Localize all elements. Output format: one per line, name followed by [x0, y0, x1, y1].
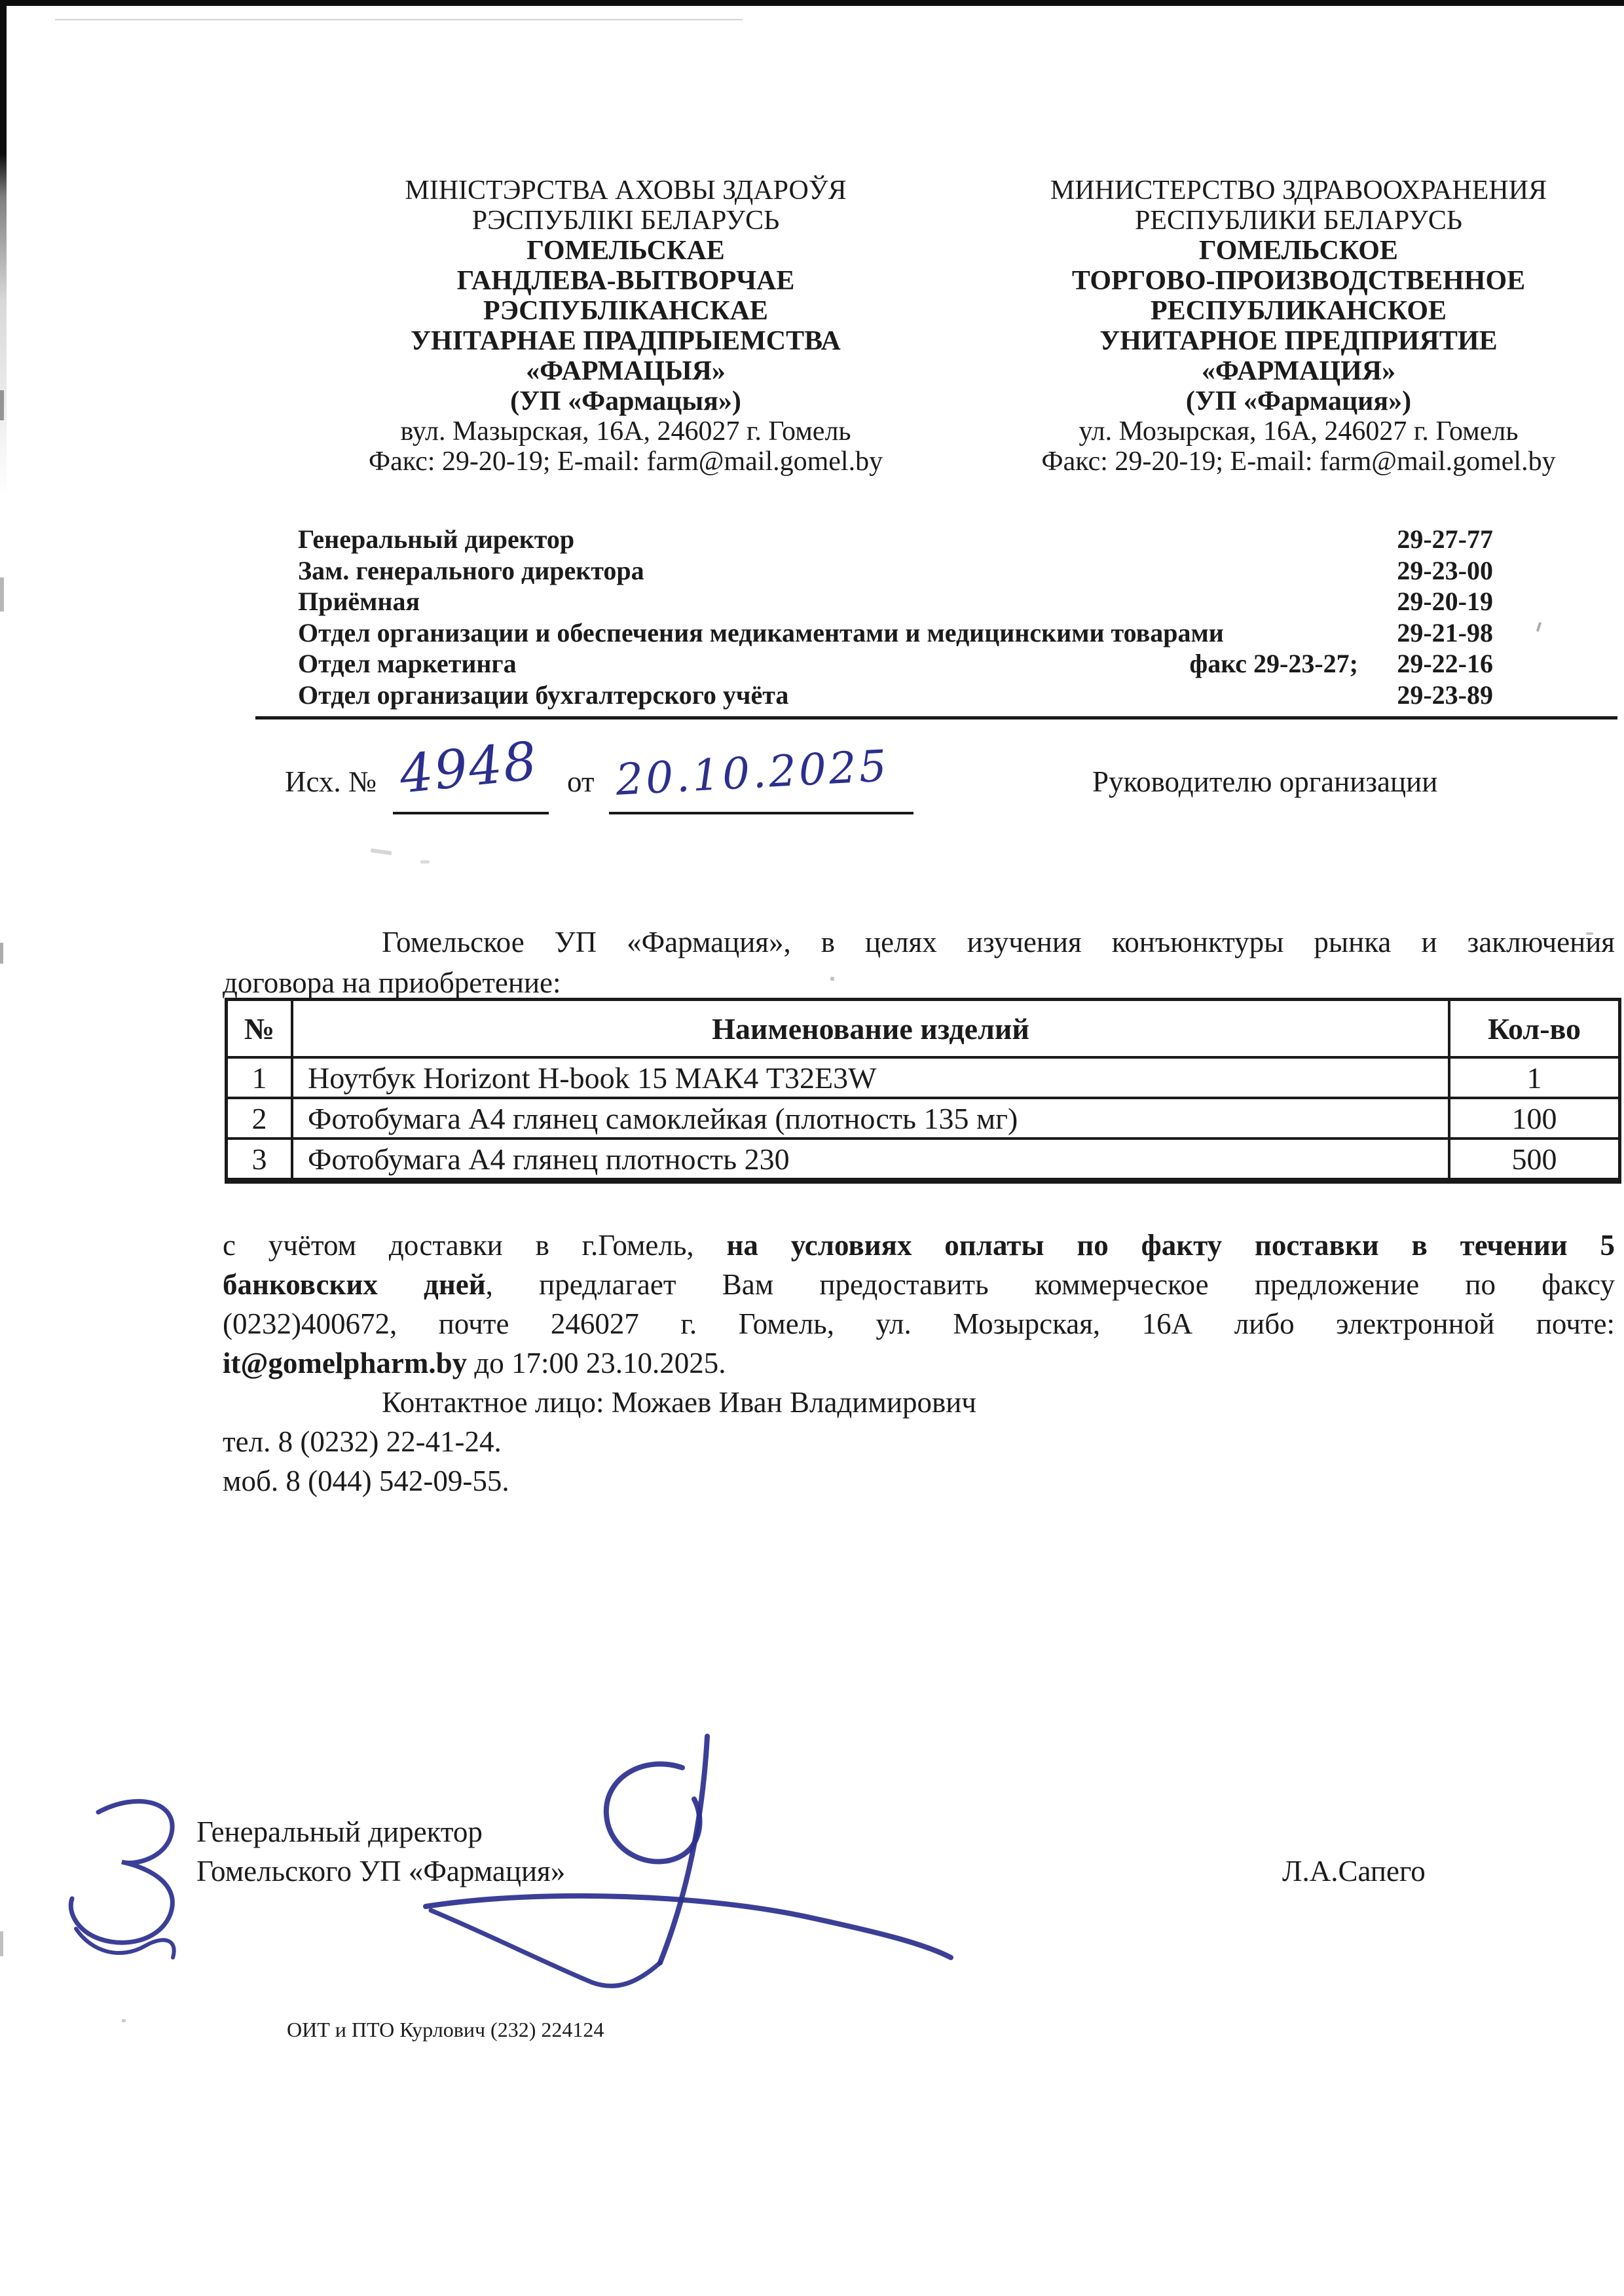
phone-number: 29-27-77 — [1376, 524, 1493, 555]
bold-text-run: it@gomelpharm.by — [223, 1347, 467, 1379]
paragraph-line: договора на приобретение: — [223, 962, 1615, 1003]
phone-directory-row: Приёмная 29-20-19 — [298, 586, 1493, 617]
phone-directory: Генеральный директор 29-27-77 Зам. генер… — [298, 524, 1493, 710]
text-run: , предлагает Вам предоставить коммерческ… — [486, 1268, 1615, 1301]
scan-fold-line — [55, 19, 743, 20]
column-header-name: Наименование изделий — [293, 1001, 1450, 1059]
text-run: до 17:00 23.10.2025. — [467, 1347, 726, 1379]
scan-edge-top — [0, 0, 1624, 6]
phone-number: 29-20-19 — [1376, 586, 1493, 617]
letterhead-line: ул. Мозырская, 16А, 246027 г. Гомель — [1001, 416, 1596, 446]
phone-number: 29-22-16 — [1376, 648, 1493, 679]
signature-stroke — [71, 1801, 172, 1942]
paragraph-line: тел. 8 (0232) 22-41-24. — [223, 1422, 1615, 1461]
phone-directory-row: Отдел организации и обеспечения медикаме… — [298, 617, 1493, 649]
bold-text-run: банковских дней — [223, 1268, 486, 1301]
handwritten-outgoing-number: 4948 — [397, 730, 541, 805]
handwritten-date: 20.10.2025 — [614, 740, 890, 805]
item-qty-cell: 500 — [1450, 1140, 1618, 1180]
scan-artifact — [1536, 622, 1541, 632]
letterhead-line: Факс: 29-20-19; E-mail: farm@mail.gomel.… — [1001, 446, 1596, 477]
bold-text-run: на условиях оплаты по факту поставки в т… — [726, 1229, 1615, 1262]
letterhead-line: ТОРГОВО-ПРОИЗВОДСТВЕННОЕ — [1001, 266, 1596, 296]
text-run: Гомельское УП «Фармация», в целях изучен… — [382, 926, 1615, 958]
signatory-name: Л.А.Сапего — [1282, 1851, 1426, 1891]
letterhead-line: Факс: 29-20-19; E-mail: farm@mail.gomel.… — [326, 446, 925, 477]
phone-number: 29-23-89 — [1376, 680, 1493, 710]
scan-artifact — [0, 577, 4, 611]
department-label: Отдел организации и обеспечения медикаме… — [298, 617, 1224, 648]
text-run: договора на приобретение: — [223, 966, 561, 999]
letterhead-line: «ФАРМАЦЫЯ» — [326, 356, 925, 386]
paragraph-line: Гомельское УП «Фармация», в целях изучен… — [223, 922, 1615, 962]
scan-artifact — [371, 848, 392, 855]
letterhead-line: МІНІСТЭРСТВА АХОВЫ ЗДАРОЎЯ — [326, 175, 925, 206]
scan-artifact — [122, 2019, 126, 2022]
date-underline — [609, 812, 913, 814]
scan-artifact — [0, 1931, 3, 1956]
column-header-number: № — [228, 1001, 293, 1059]
phone-directory-row: Зам. генерального директора 29-23-00 — [298, 555, 1493, 587]
phone-directory-row: Генеральный директор 29-27-77 — [298, 524, 1493, 555]
signature-stroke — [606, 1764, 700, 1861]
signatory-title-line1: Генеральный директор — [196, 1812, 565, 1851]
letterhead-line: УНИТАРНОЕ ПРЕДПРИЯТИЕ — [1001, 326, 1596, 356]
phone-directory-row: Отдел организации бухгалтерского учёта 2… — [298, 680, 1493, 711]
department-label: Генеральный директор — [298, 524, 574, 555]
text-run: тел. 8 (0232) 22-41-24. — [223, 1425, 502, 1458]
terms-paragraph: с учётом доставки в г.Гомель, на условия… — [223, 1226, 1615, 1501]
item-number-cell: 1 — [228, 1059, 293, 1099]
letterhead-russian: МИНИСТЕРСТВО ЗДРАВООХРАНЕНИЯРЕСПУБЛИКИ Б… — [1001, 175, 1596, 477]
signature-stroke — [660, 1736, 707, 1963]
fax-number: факс 29-23-27; — [1190, 648, 1358, 679]
department-label: Зам. генерального директора — [298, 555, 644, 586]
phone-directory-row: Отдел маркетинга факс 29-23-27; 29-22-16 — [298, 648, 1493, 680]
scan-artifact — [0, 390, 4, 420]
text-run: Контактное лицо: Можаев Иван Владимирови… — [382, 1386, 976, 1419]
letterhead-line: МИНИСТЕРСТВО ЗДРАВООХРАНЕНИЯ — [1001, 175, 1596, 206]
outgoing-number-label: Исх. № — [285, 765, 377, 799]
paragraph-line: (0232)400672, почте 246027 г. Гомель, ул… — [223, 1304, 1615, 1343]
scan-artifact — [0, 943, 3, 964]
item-number-cell: 3 — [228, 1140, 293, 1180]
signature-stroke — [426, 1896, 951, 1958]
letterhead-line: «ФАРМАЦИЯ» — [1001, 356, 1596, 386]
column-header-qty: Кол-во — [1450, 1001, 1618, 1059]
from-label: от — [567, 765, 595, 799]
letterhead-line: (УП «Фармацыя») — [326, 386, 925, 416]
item-qty-cell: 100 — [1450, 1099, 1618, 1140]
scan-edge-left — [0, 0, 7, 498]
item-qty-cell: 1 — [1450, 1059, 1618, 1099]
letterhead-line: РЭСПУБЛІКАНСКАЕ — [326, 296, 925, 326]
paragraph-line: Контактное лицо: Можаев Иван Владимирови… — [223, 1383, 1615, 1422]
letterhead-line: РЕСПУБЛИКАНСКОЕ — [1001, 296, 1596, 326]
signatory-title-line2: Гомельского УП «Фармация» — [196, 1851, 565, 1891]
text-run: с учётом доставки в г.Гомель, — [223, 1229, 726, 1262]
letterhead-line: УНІТАРНАЕ ПРАДПРЫЕМСТВА — [326, 326, 925, 356]
paragraph-line: с учётом доставки в г.Гомель, на условия… — [223, 1226, 1615, 1265]
signature-stroke — [76, 1929, 174, 1958]
letterhead-line: РЭСПУБЛІКІ БЕЛАРУСЬ — [326, 206, 925, 236]
letterhead-line: ГОМЕЛЬСКОЕ — [1001, 236, 1596, 266]
phone-number: 29-23-00 — [1376, 555, 1493, 586]
text-run: моб. 8 (044) 542-09-55. — [223, 1465, 509, 1497]
letterhead-line: ГАНДЛЕВА-ВЫТВОРЧАЕ — [326, 266, 925, 296]
scanned-letter-page: { "colors": { "ink": "#1b1b1b", "pen": "… — [0, 0, 1624, 2296]
item-name-cell: Ноутбук Horizont H-book 15 МАК4 Т32Е3W — [293, 1059, 1450, 1099]
department-label: Отдел маркетинга — [298, 648, 517, 679]
paragraph-line: it@gomelpharm.by до 17:00 23.10.2025. — [223, 1343, 1615, 1383]
paragraph-line: банковских дней, предлагает Вам предоста… — [223, 1265, 1615, 1304]
letterhead-line: (УП «Фармация») — [1001, 386, 1596, 416]
scan-artifact — [420, 860, 430, 864]
letterhead-line: РЕСПУБЛИКИ БЕЛАРУСЬ — [1001, 206, 1596, 236]
number-underline — [393, 812, 549, 814]
paragraph-line: моб. 8 (044) 542-09-55. — [223, 1461, 1615, 1501]
addressee: Руководителю организации — [1092, 765, 1437, 799]
letterhead-belarusian: МІНІСТЭРСТВА АХОВЫ ЗДАРОЎЯРЭСПУБЛІКІ БЕЛ… — [326, 175, 925, 477]
text-run: (0232)400672, почте 246027 г. Гомель, ул… — [223, 1307, 1615, 1340]
header-separator-rule — [255, 716, 1617, 720]
department-label: Отдел организации бухгалтерского учёта — [298, 680, 788, 710]
item-number-cell: 2 — [228, 1099, 293, 1140]
intro-paragraph: Гомельское УП «Фармация», в целях изучен… — [223, 922, 1615, 1003]
letterhead-line: вул. Мазырская, 16А, 246027 г. Гомель — [326, 416, 925, 446]
signature-stroke — [431, 1910, 660, 1986]
items-table: № Наименование изделий Кол-во 1 Ноутбук … — [225, 998, 1621, 1184]
phone-number: 29-21-98 — [1376, 617, 1493, 648]
signatory-title: Генеральный директор Гомельского УП «Фар… — [196, 1812, 565, 1891]
letterhead-line: ГОМЕЛЬСКАЕ — [326, 236, 925, 266]
department-label: Приёмная — [298, 586, 420, 617]
footer-executor-line: ОИТ и ПТО Курлович (232) 224124 — [287, 2018, 604, 2042]
item-name-cell: Фотобумага А4 глянец самоклейкая (плотно… — [293, 1099, 1450, 1140]
item-name-cell: Фотобумага А4 глянец плотность 230 — [293, 1140, 1450, 1180]
